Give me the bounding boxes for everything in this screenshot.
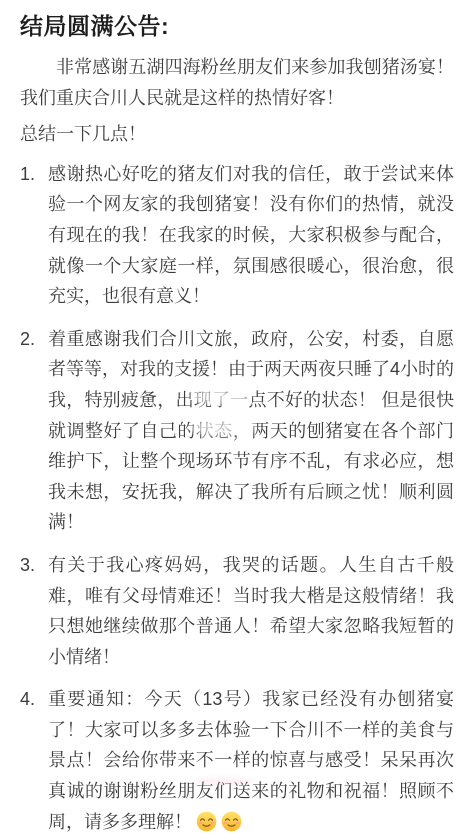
summary-heading: 总结一下几点！ [20, 119, 454, 150]
list-item-number: 1. [20, 159, 48, 312]
list-item: 1. 感谢热心好吃的猪友们对我的信任，敢于尝试来体验一个网友家的我刨猪宴！没有你… [20, 159, 454, 312]
list-item-number: 2. [20, 324, 48, 538]
list-item-text: 感谢热心好吃的猪友们对我的信任，敢于尝试来体验一个网友家的我刨猪宴！没有你们的热… [48, 159, 454, 312]
announcement-page: { "colors": { "background": "#FFFFFF", "… [0, 0, 474, 835]
list-item-text: 有关于我心疼妈妈，我哭的话题。人生自古千般难，唯有父母情难还！当时我大楷是这般情… [48, 550, 454, 672]
list-item: 3. 有关于我心疼妈妈，我哭的话题。人生自古千般难，唯有父母情难还！当时我大楷是… [20, 550, 454, 672]
list-item-number: 3. [20, 550, 48, 672]
smiling-face-emoji [196, 811, 217, 832]
smiling-face-emoji [221, 811, 242, 832]
list-item-text-content: 重要通知：今天（13号）我家已经没有办刨猪宴了！大家可以多多去体验一下合川不一样… [48, 689, 454, 831]
list-item: 4. 重要通知：今天（13号）我家已经没有办刨猪宴了！大家可以多多去体验一下合川… [20, 684, 454, 835]
announcement-list: 1. 感谢热心好吃的猪友们对我的信任，敢于尝试来体验一个网友家的我刨猪宴！没有你… [20, 159, 454, 835]
intro-paragraph: 非常感谢五湖四海粉丝朋友们来参加我刨猪汤宴！我们重庆合川人民就是这样的热情好客！ [20, 52, 454, 113]
list-item-text: 着重感谢我们合川文旅，政府，公安，村委，自愿者等等，对我的支援！由于两天两夜只睡… [48, 324, 454, 538]
list-item: 2. 着重感谢我们合川文旅，政府，公安，村委，自愿者等等，对我的支援！由于两天两… [20, 324, 454, 538]
page-title: 结局圆满公告: [20, 12, 454, 40]
announcement-body: 结局圆满公告: 非常感谢五湖四海粉丝朋友们来参加我刨猪汤宴！我们重庆合川人民就是… [0, 0, 474, 835]
list-item-number: 4. [20, 684, 48, 835]
list-item-text: 重要通知：今天（13号）我家已经没有办刨猪宴了！大家可以多多去体验一下合川不一样… [48, 684, 454, 835]
